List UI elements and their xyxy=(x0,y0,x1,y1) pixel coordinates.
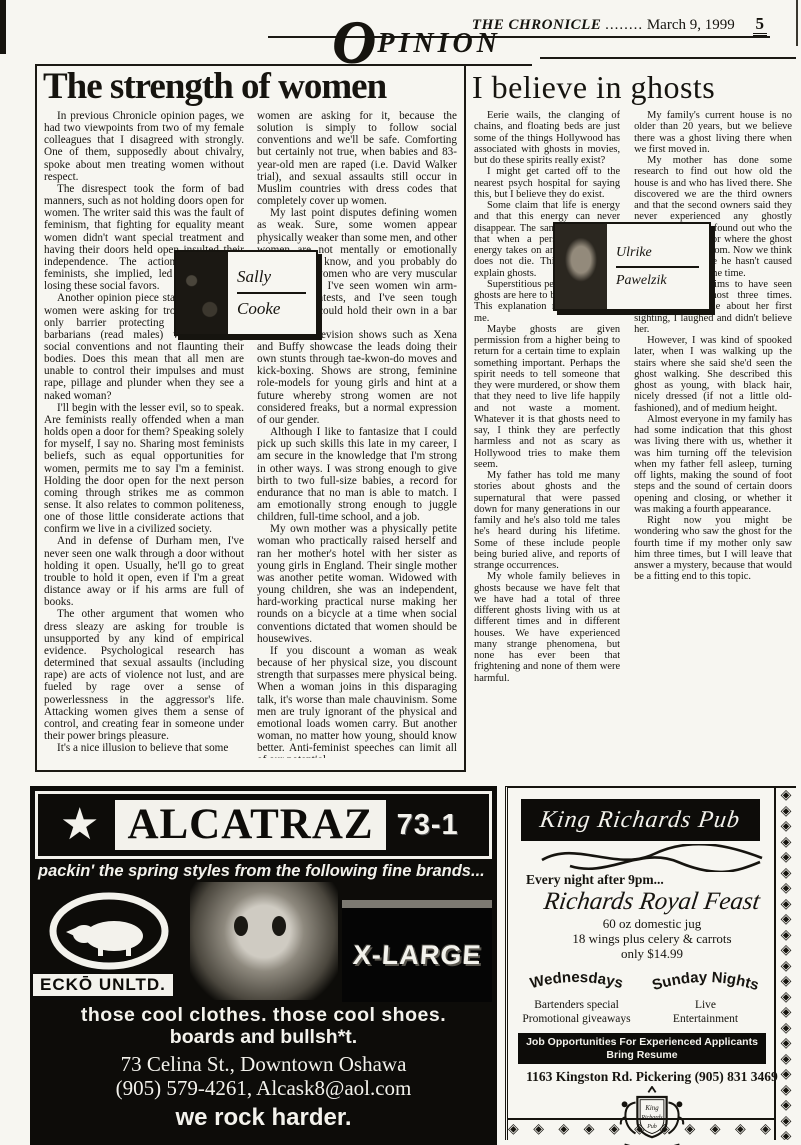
author-name: Ulrike Pawelzik xyxy=(607,224,709,309)
paragraph: My whole family believes in ghosts becau… xyxy=(474,571,620,684)
job-line: Job Opportunities For Experienced Applic… xyxy=(518,1036,766,1049)
article-i-believe-in-ghosts: I believe in ghosts Eerie wails, the cla… xyxy=(470,66,796,772)
sunday-special: Sunday Nights Live Entertainment xyxy=(643,968,768,1026)
paragraph: Maybe ghosts are given permission from a… xyxy=(474,324,620,470)
alcatraz-banner: ★ ALCATRAZ 73-1 xyxy=(35,791,492,859)
paragraph: Right now you might be wondering who saw… xyxy=(634,515,792,583)
article-headline: I believe in ghosts xyxy=(472,70,796,104)
author-last-name: Cooke xyxy=(237,299,316,319)
paragraph: It's a nice illusion to believe that som… xyxy=(44,742,244,754)
svg-text:King: King xyxy=(644,1105,659,1112)
wednesday-special: Wednesdays Bartenders special Promotiona… xyxy=(514,968,639,1026)
special-detail: Bartenders special xyxy=(514,999,639,1013)
feast-detail: only $14.99 xyxy=(508,946,796,961)
ecko-rhino-logo-icon xyxy=(46,890,172,972)
section-masthead: OPINION xyxy=(332,18,501,66)
paragraph: I'll begin with the lesser evil, so to s… xyxy=(44,402,244,536)
cartoon-mascot-logo-icon xyxy=(190,882,338,1000)
paragraph: The other argument that women who dress … xyxy=(44,608,244,742)
store-contact: (905) 579-4261, Alcask8@aol.com xyxy=(30,1076,497,1101)
special-detail: Promotional giveaways xyxy=(514,1013,639,1027)
king-richards-pub-ad: ◈◈◈◈◈◈◈◈◈◈◈◈◈◈◈◈◈◈◈◈◈◈◈◈ ◈ ◈ ◈ ◈ ◈ ◈ ◈ ◈… xyxy=(505,786,796,1140)
ornate-border-bottom: ◈ ◈ ◈ ◈ ◈ ◈ ◈ ◈ ◈ ◈ ◈ ◈ ◈ ◈ xyxy=(508,1118,776,1140)
decorative-swirl-icon xyxy=(536,844,768,872)
paragraph: I might get carted off to the nearest ps… xyxy=(474,166,620,200)
job-line: Bring Resume xyxy=(518,1049,766,1062)
author-photo xyxy=(176,252,228,334)
author-name: Sally Cooke xyxy=(228,252,316,334)
issue-date: March 9, 1999 xyxy=(647,17,735,33)
store-address: 73 Celina St., Downtown Oshawa xyxy=(30,1052,497,1077)
xlarge-brand-label: X-LARGE xyxy=(352,940,483,971)
svg-text:Sunday Nights: Sunday Nights xyxy=(650,969,761,994)
feast-detail: 60 oz domestic jug xyxy=(508,916,796,931)
special-detail: Live xyxy=(643,999,768,1013)
ad-copy-line: boards and bullsh*t. xyxy=(30,1026,497,1049)
article-strength-of-women: The strength of women In previous Chroni… xyxy=(35,66,466,772)
author-first-name: Sally xyxy=(237,267,316,287)
ornate-border-right: ◈◈◈◈◈◈◈◈◈◈◈◈◈◈◈◈◈◈◈◈◈◈◈◈ xyxy=(774,788,796,1140)
paragraph: women are asking for it, because the sol… xyxy=(257,110,457,207)
byline-box-ulrike-pawelzik: Ulrike Pawelzik xyxy=(553,222,711,311)
pub-name-banner: King Richards Pub xyxy=(521,799,760,841)
page-number: 5 xyxy=(753,14,768,36)
author-photo xyxy=(555,224,607,309)
arched-title: Sunday Nights xyxy=(643,968,768,994)
every-night-line: Every night after 9pm... xyxy=(526,872,796,888)
masthead-rule-right xyxy=(540,57,796,59)
xlarge-brand-logo: X-LARGE xyxy=(342,900,492,1002)
paragraph: Almost everyone in my family has had som… xyxy=(634,414,792,515)
alcatraz-ad: ★ ALCATRAZ 73-1 packin' the spring style… xyxy=(30,786,497,1145)
ad-copy-line: those cool clothes. those cool shoes. xyxy=(30,1004,497,1027)
ad-tagline: packin' the spring styles from the follo… xyxy=(38,862,485,881)
pub-address: 1163 Kingston Rd. Pickering (905) 831 34… xyxy=(508,1069,796,1085)
feast-detail: 18 wings plus celery & carrots xyxy=(508,931,796,946)
byline-divider xyxy=(237,292,306,294)
store-name: ALCATRAZ xyxy=(115,800,385,850)
newspaper-page: THE CHRONICLE ........ March 9, 1999 5 O… xyxy=(0,0,801,1145)
article-columns: Eerie wails, the clanging of chains, and… xyxy=(470,110,796,762)
svg-text:Wednesdays: Wednesdays xyxy=(528,969,625,992)
scan-edge-line xyxy=(796,0,798,46)
paragraph: If you discount a woman as weak because … xyxy=(257,645,457,758)
paragraph: Although I like to fantasize that I coul… xyxy=(257,426,457,523)
paragraph: My father has told me many stories about… xyxy=(474,470,620,571)
special-detail: Entertainment xyxy=(643,1013,768,1027)
paragraph: My family's current house is no older th… xyxy=(634,110,792,155)
paragraph: Eerie wails, the clanging of chains, and… xyxy=(474,110,620,166)
column-2: My family's current house is no older th… xyxy=(634,110,792,762)
brand-logos: ECKŌ UNLTD. X-LARGE xyxy=(30,886,497,1002)
star-icon: ★ xyxy=(60,803,99,847)
article-headline: The strength of women xyxy=(43,68,458,106)
masthead-rest: PINION xyxy=(377,28,501,59)
column-2: women are asking for it, because the sol… xyxy=(257,110,457,758)
paragraph: My own mother was a physically petite wo… xyxy=(257,523,457,645)
paragraph: Current television shows such as Xena an… xyxy=(257,329,457,426)
weekly-specials: Wednesdays Bartenders special Promotiona… xyxy=(512,968,770,1026)
byline-divider xyxy=(616,266,699,268)
paragraph: In previous Chronicle opinion pages, we … xyxy=(44,110,244,183)
author-first-name: Ulrike xyxy=(616,245,709,261)
scan-smudge xyxy=(0,0,6,54)
column-1: Eerie wails, the clanging of chains, and… xyxy=(474,110,620,762)
store-number: 73-1 xyxy=(397,809,459,842)
job-banner: Job Opportunities For Experienced Applic… xyxy=(518,1033,766,1064)
paragraph: And in defense of Durham men, I've never… xyxy=(44,535,244,608)
article-columns: In previous Chronicle opinion pages, we … xyxy=(37,110,464,758)
byline-box-sally-cooke: Sally Cooke xyxy=(174,250,318,336)
pub-name: King Richards Pub xyxy=(537,799,743,841)
ecko-brand-label: ECKŌ UNLTD. xyxy=(33,974,173,996)
page-header: THE CHRONICLE ........ March 9, 1999 5 xyxy=(472,14,767,34)
header-dots: ........ xyxy=(605,17,643,33)
arched-title: Wednesdays xyxy=(514,968,639,994)
feast-title: Richards Royal Feast xyxy=(508,888,796,916)
column-1: In previous Chronicle opinion pages, we … xyxy=(44,110,244,758)
author-last-name: Pawelzik xyxy=(616,273,709,289)
store-slogan: we rock harder. xyxy=(30,1104,497,1132)
paragraph: However, I was kind of spooked later, wh… xyxy=(634,335,792,414)
